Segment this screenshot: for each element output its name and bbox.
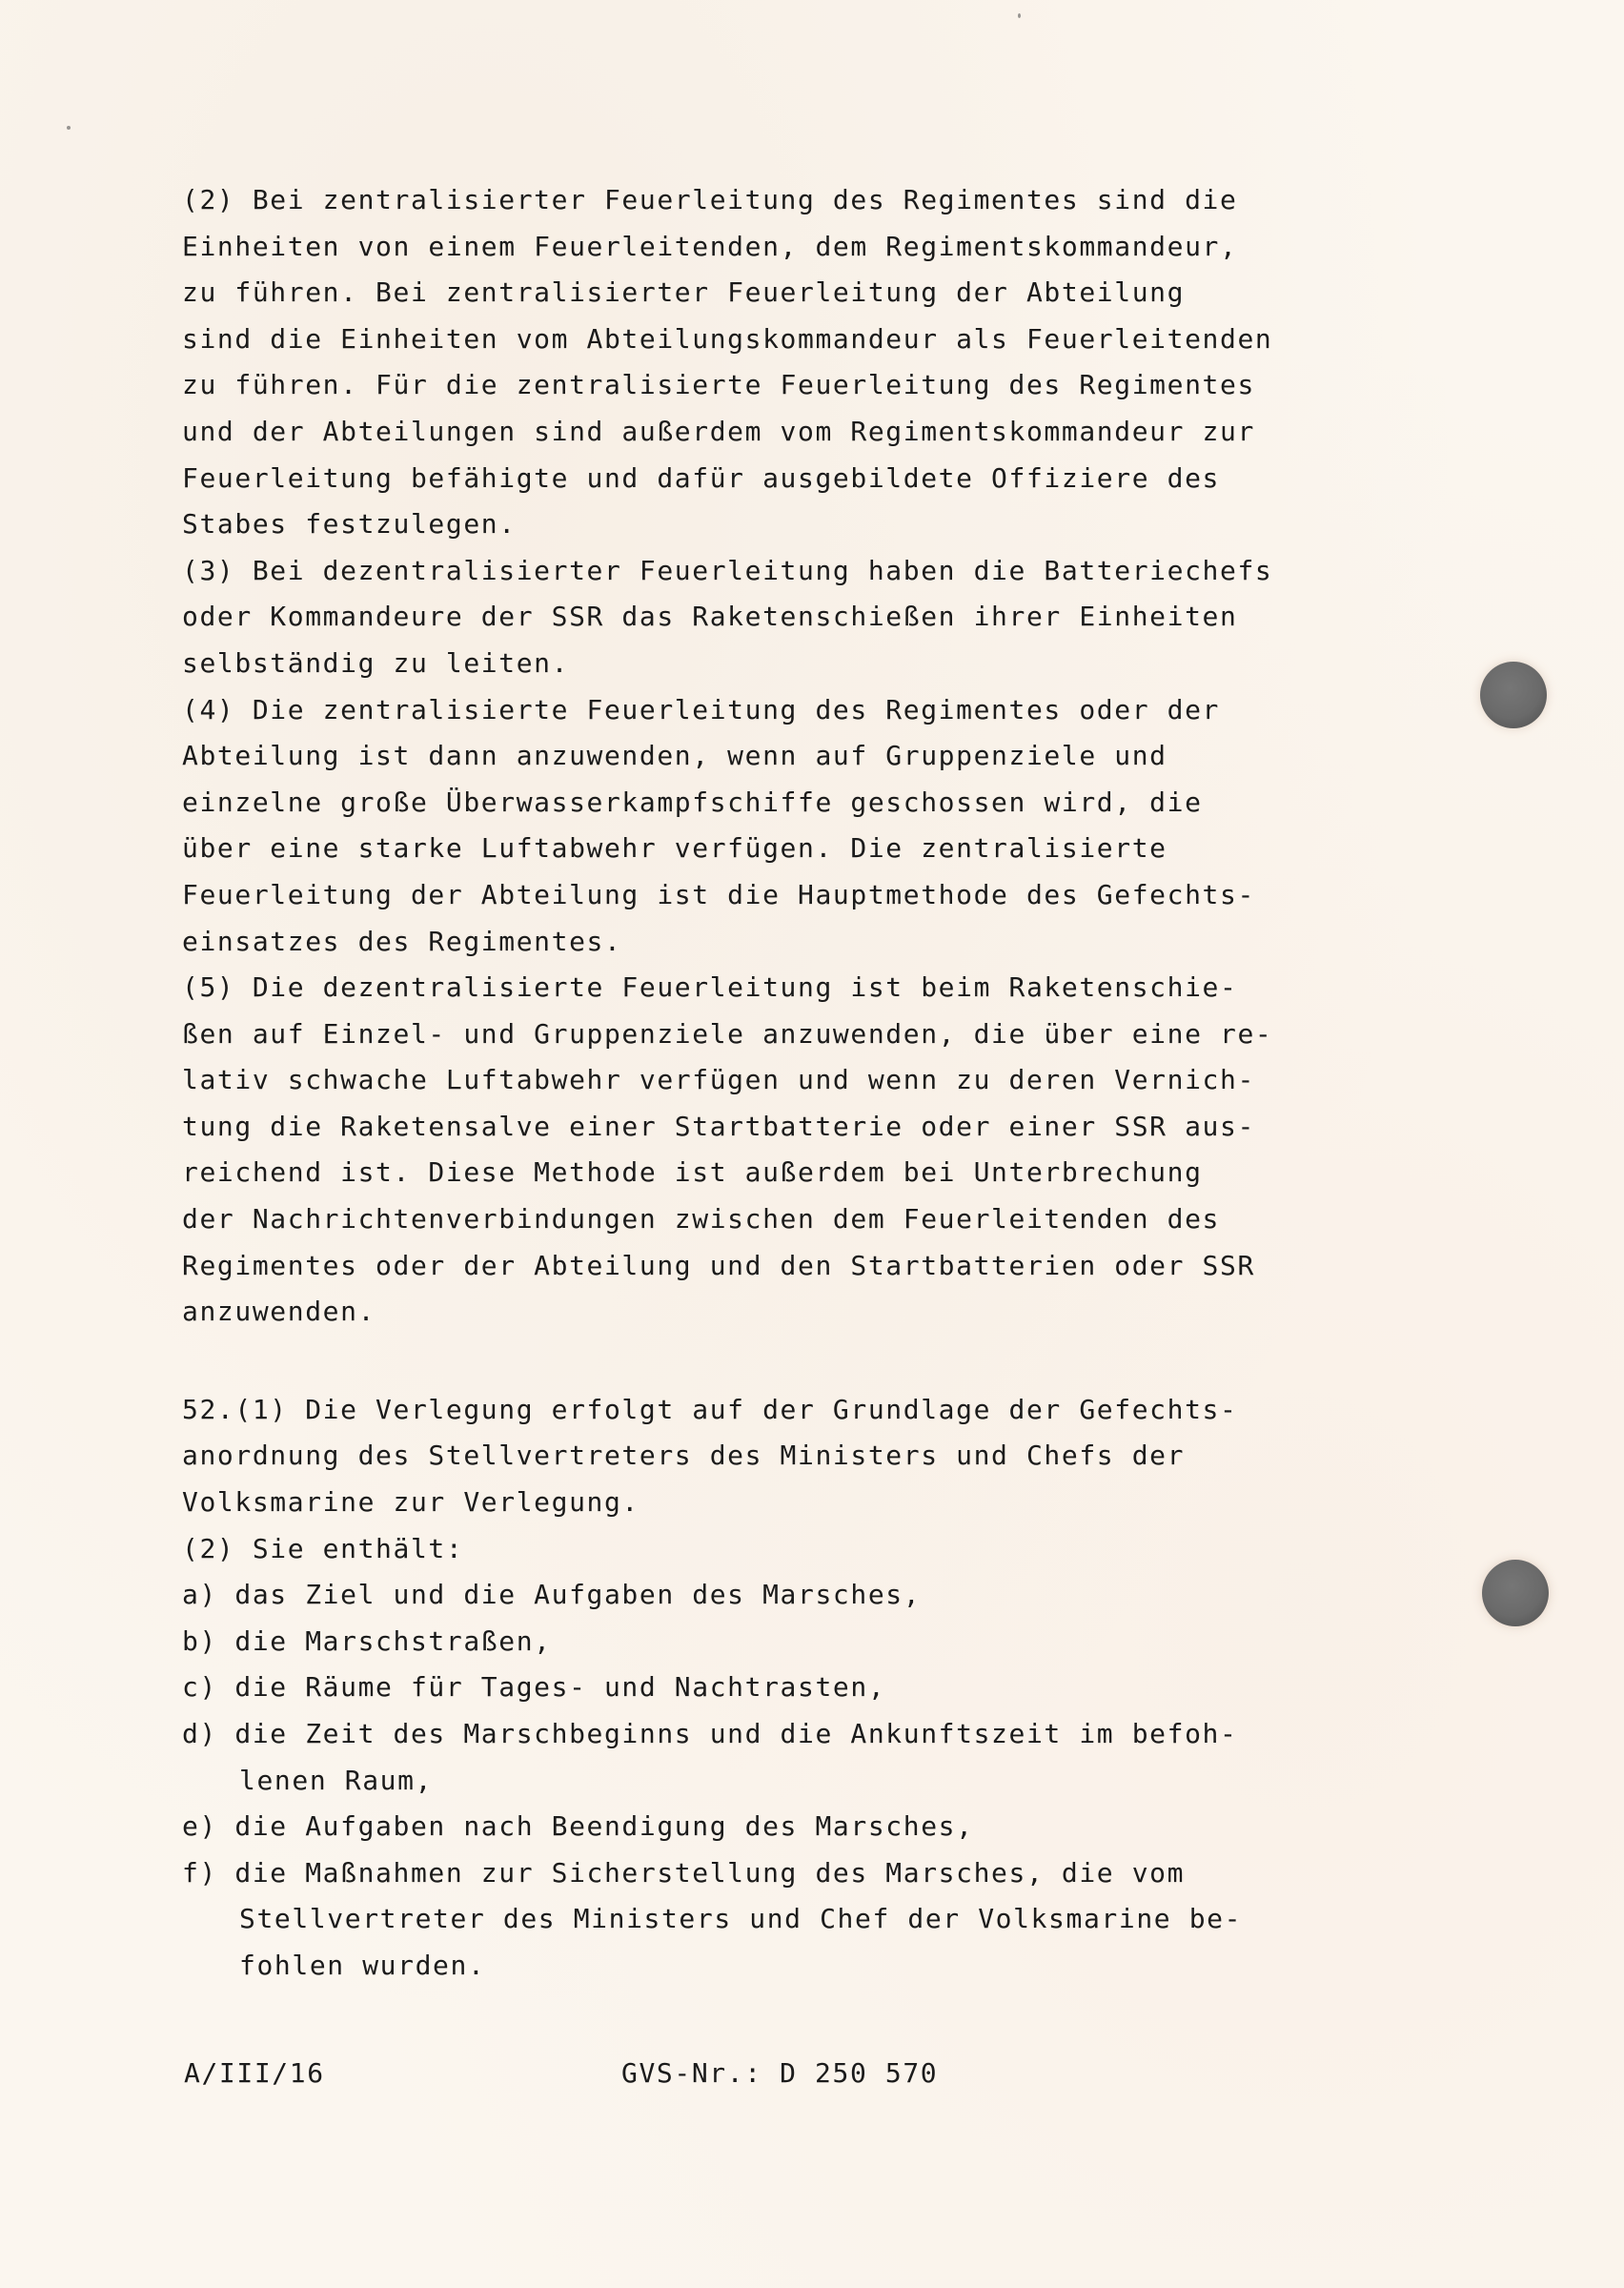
- paragraph-52: 52.(1) Die Verlegung erfolgt auf der Gru…: [182, 1387, 1421, 1990]
- text-line: Stellvertreter des Ministers und Chef de…: [182, 1896, 1421, 1943]
- text-line: zu führen. Bei zentralisierter Feuerleit…: [182, 270, 1421, 317]
- paper-speck: [67, 126, 71, 130]
- section-gap: [182, 1336, 1421, 1387]
- text-line: f) die Maßnahmen zur Sicherstellung des …: [182, 1850, 1421, 1897]
- text-line: oder Kommandeure der SSR das Raketenschi…: [182, 594, 1421, 641]
- text-line: Regimentes oder der Abteilung und den St…: [182, 1243, 1421, 1290]
- text-line: reichend ist. Diese Methode ist außerdem…: [182, 1150, 1421, 1196]
- text-line: und der Abteilungen sind außerdem vom Re…: [182, 409, 1421, 456]
- text-line: Feuerleitung der Abteilung ist die Haupt…: [182, 872, 1421, 919]
- text-line: c) die Räume für Tages- und Nachtrasten,: [182, 1665, 1421, 1711]
- document-page: (2) Bei zentralisierter Feuerleitung des…: [0, 0, 1624, 2288]
- text-line: der Nachrichtenverbindungen zwischen dem…: [182, 1196, 1421, 1243]
- text-line: 52.(1) Die Verlegung erfolgt auf der Gru…: [182, 1387, 1421, 1434]
- text-line: Feuerleitung befähigte und dafür ausgebi…: [182, 456, 1421, 502]
- text-line: einsatzes des Regimentes.: [182, 919, 1421, 966]
- punch-hole-icon: [1480, 662, 1547, 728]
- paragraphs-51: (2) Bei zentralisierter Feuerleitung des…: [182, 177, 1421, 1336]
- text-line: d) die Zeit des Marschbeginns und die An…: [182, 1711, 1421, 1758]
- page-reference: A/III/16: [184, 2057, 325, 2089]
- text-line: zu führen. Für die zentralisierte Feuerl…: [182, 362, 1421, 409]
- text-line: tung die Raketensalve einer Startbatteri…: [182, 1104, 1421, 1151]
- text-line: selbständig zu leiten.: [182, 641, 1421, 687]
- text-line: lenen Raum,: [182, 1758, 1421, 1805]
- punch-hole-icon: [1482, 1560, 1549, 1626]
- text-line: (4) Die zentralisierte Feuerleitung des …: [182, 687, 1421, 734]
- text-line: a) das Ziel und die Aufgaben des Marsche…: [182, 1572, 1421, 1619]
- text-line: lativ schwache Luftabwehr verfügen und w…: [182, 1057, 1421, 1104]
- classification-number: GVS-Nr.: D 250 570: [621, 2057, 938, 2089]
- text-line: Stabes festzulegen.: [182, 501, 1421, 548]
- text-line: (3) Bei dezentralisierter Feuerleitung h…: [182, 548, 1421, 595]
- text-line: fohlen wurden.: [182, 1943, 1421, 1990]
- text-line: sind die Einheiten vom Abteilungskommand…: [182, 317, 1421, 363]
- text-line: e) die Aufgaben nach Beendigung des Mars…: [182, 1804, 1421, 1850]
- text-line: Volksmarine zur Verlegung.: [182, 1480, 1421, 1526]
- document-body: (2) Bei zentralisierter Feuerleitung des…: [182, 177, 1421, 1990]
- text-line: (2) Sie enthält:: [182, 1526, 1421, 1573]
- text-line: anzuwenden.: [182, 1289, 1421, 1336]
- text-line: (5) Die dezentralisierte Feuerleitung is…: [182, 965, 1421, 1011]
- text-line: über eine starke Luftabwehr verfügen. Di…: [182, 826, 1421, 872]
- text-line: anordnung des Stellvertreters des Minist…: [182, 1433, 1421, 1480]
- text-line: Einheiten von einem Feuerleitenden, dem …: [182, 224, 1421, 271]
- text-line: (2) Bei zentralisierter Feuerleitung des…: [182, 177, 1421, 224]
- paper-speck: [1018, 13, 1021, 18]
- text-line: ßen auf Einzel- und Gruppenziele anzuwen…: [182, 1011, 1421, 1058]
- text-line: einzelne große Überwasserkampfschiffe ge…: [182, 780, 1421, 827]
- text-line: Abteilung ist dann anzuwenden, wenn auf …: [182, 733, 1421, 780]
- text-line: b) die Marschstraßen,: [182, 1619, 1421, 1665]
